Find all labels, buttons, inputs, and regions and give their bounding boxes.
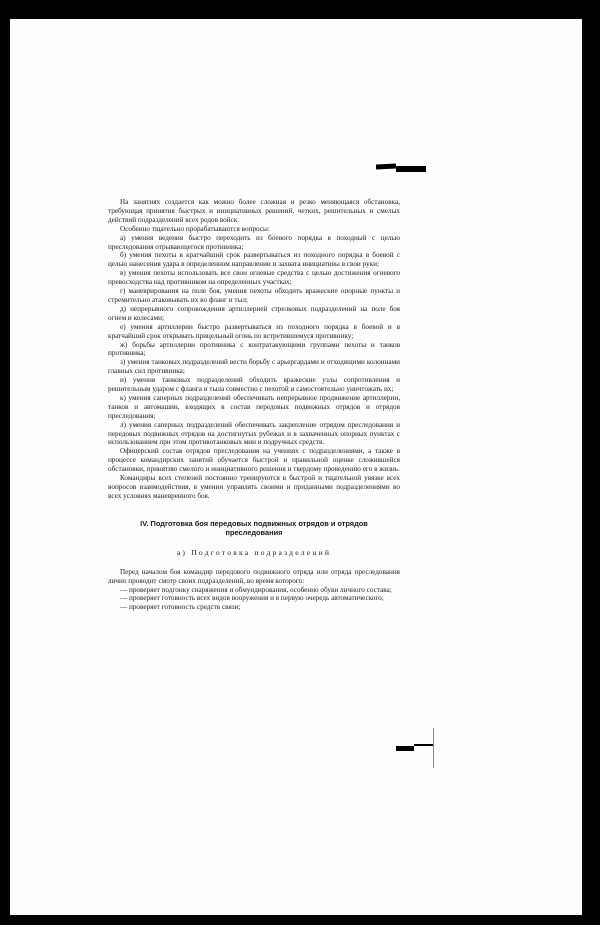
list-item: з) умения танковых подразделений вести б… bbox=[108, 358, 400, 376]
scan-mark-top bbox=[376, 163, 396, 169]
list-item: д) непрерывного сопровождения артиллерие… bbox=[108, 305, 400, 323]
paragraph: Особенно тщательно прорабатываются вопро… bbox=[108, 225, 400, 234]
list-item: — проверяет подгонку снаряжения и обмунд… bbox=[108, 586, 400, 595]
paragraph: На занятиях создается как можно более сл… bbox=[108, 198, 400, 225]
scan-mark-top-tail bbox=[396, 166, 426, 172]
section-heading: IV. Подготовка боя передовых подвижных о… bbox=[118, 519, 390, 537]
list-item: и) умения танковых подразделений обходит… bbox=[108, 376, 400, 394]
list-item: ж) борьбы артиллерии противника с контра… bbox=[108, 341, 400, 359]
list-item: г) маневрирования на поле боя, умения пе… bbox=[108, 287, 400, 305]
document-body: На занятиях создается как можно более сл… bbox=[108, 198, 400, 612]
scan-mark-bottom bbox=[396, 746, 414, 751]
list-item: в) умения пехоты использовать все свои о… bbox=[108, 269, 400, 287]
paragraph: Перед началом боя командир передового по… bbox=[108, 568, 400, 586]
scan-mark-bottom-tail bbox=[414, 744, 434, 746]
list-item: — проверяет готовность всех видов вооруж… bbox=[108, 594, 400, 603]
list-item: к) умения саперных подразделений обеспеч… bbox=[108, 394, 400, 421]
list-item: а) умения ведения быстро переходить из б… bbox=[108, 234, 400, 252]
scan-edge-line bbox=[433, 728, 434, 768]
list-item: б) умения пехоты в кратчайший срок разве… bbox=[108, 251, 400, 269]
list-item: л) умения саперных подразделений обеспеч… bbox=[108, 421, 400, 448]
list-item: е) умения артиллерии быстро развертывать… bbox=[108, 323, 400, 341]
subsection-heading: а) Подготовка подразделений bbox=[108, 549, 400, 558]
paragraph: Командиры всех степеней постоянно тренир… bbox=[108, 474, 400, 501]
list-item: — проверяет готовность средств связи; bbox=[108, 603, 400, 612]
paragraph: Офицерский состав отрядов преследования … bbox=[108, 447, 400, 474]
